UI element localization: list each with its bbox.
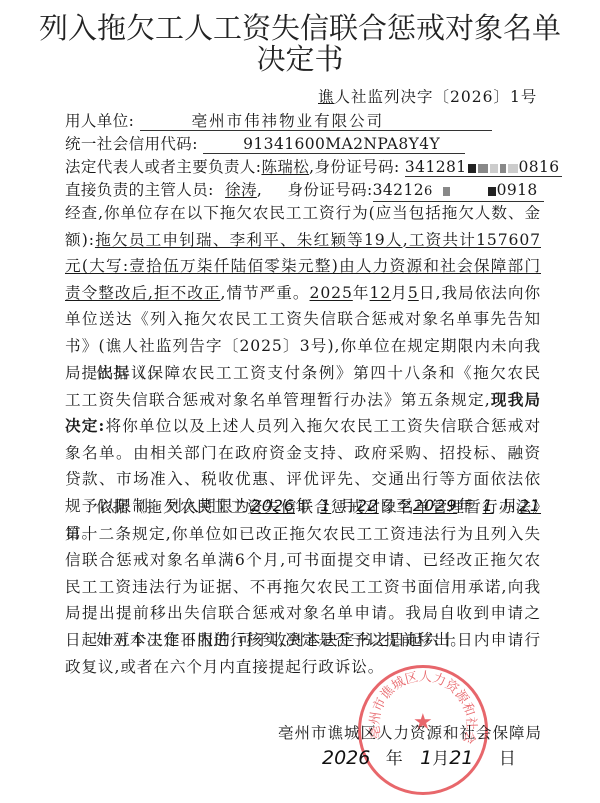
direct-manager-id-prefix: 34212 (373, 181, 424, 199)
direct-manager-row: 直接负责的主管人员: 徐涛, 身份证号码:3421260918 (65, 179, 544, 202)
month-label: 月 (432, 749, 449, 769)
document-number: 谯人社监列决字〔2026〕1号 (318, 85, 537, 107)
notice-year: 2025 (310, 284, 353, 302)
credit-code-label: 统一社会信用代码: (65, 135, 198, 153)
day-label: 日 (499, 749, 516, 769)
doc-number-prefix: 谯 (318, 88, 335, 106)
sign-day: 21 (449, 747, 473, 769)
legal-rep-id: 3412810816 (405, 158, 562, 177)
employer-value: 亳州市伟祎物业有限公司 (140, 112, 492, 131)
legal-rep-id-suffix: 0816 (519, 158, 560, 176)
direct-manager-label: 直接负责的主管人员: (65, 181, 214, 199)
sign-year: 2026 (322, 747, 370, 769)
paragraph-findings: 经查,你单位存在以下拖欠农民工工资行为(应当包括拖欠人数、金额):拖欠员工申钊瑞… (65, 200, 541, 386)
year-label: 年 (386, 749, 403, 769)
title-line-1: 列入拖欠工人工资失信联合惩戒对象名单 (0, 12, 600, 44)
redaction-mask (468, 164, 476, 173)
signature-date: 2026 年 1月21 日 (322, 744, 516, 769)
redaction-mask (508, 164, 518, 173)
employer-row: 用人单位: 亳州市伟祎物业有限公司 (65, 110, 492, 132)
credit-code-row: 统一社会信用代码: 91341600MA2NPA8Y4Y (65, 133, 465, 155)
legal-rep-id-label: ,身份证号码: (309, 158, 399, 176)
redaction-mask (443, 187, 450, 196)
direct-manager-id-suffix: 0918 (497, 181, 538, 199)
notice-month: 12 (370, 284, 392, 302)
direct-manager-name: 徐涛 (225, 181, 257, 199)
direct-manager-id: 3421260918 (373, 181, 544, 202)
notice-day: 5 (408, 284, 419, 302)
doc-number-rest: 人社监列决字〔2026〕1号 (335, 88, 538, 106)
year-label: 年 (353, 284, 370, 302)
employer-label: 用人单位: (65, 112, 134, 130)
legal-rep-id-prefix: 341281 (405, 158, 467, 176)
legal-rep-label: 法定代表人或者主要负责人: (65, 158, 261, 176)
month-label: 月 (391, 284, 408, 302)
legal-rep-row: 法定代表人或者主要负责人:陈瑞松,身份证号码: 3412810816 (65, 156, 562, 178)
redaction-mask (500, 164, 506, 173)
redaction-mask (488, 187, 496, 196)
issuer-name: 亳州市谯城区人力资源和社会保障局 (278, 721, 542, 743)
direct-manager-id-label: 身份证号码: (288, 181, 373, 199)
credit-code-value: 91341600MA2NPA8Y4Y (203, 135, 465, 154)
redaction-mask (478, 164, 488, 173)
title-line-2: 决定书 (0, 43, 600, 75)
legal-rep-name: 陈瑞松 (261, 158, 309, 176)
sign-month: 1 (420, 747, 432, 769)
decision-basis: 依据《保障农民工工资支付条例》第四十八条和《拖欠农民工工资失信联合惩戒对象名单管… (65, 364, 541, 409)
findings-severity: ,情节严重。 (220, 284, 309, 302)
redaction-mask (490, 164, 498, 173)
